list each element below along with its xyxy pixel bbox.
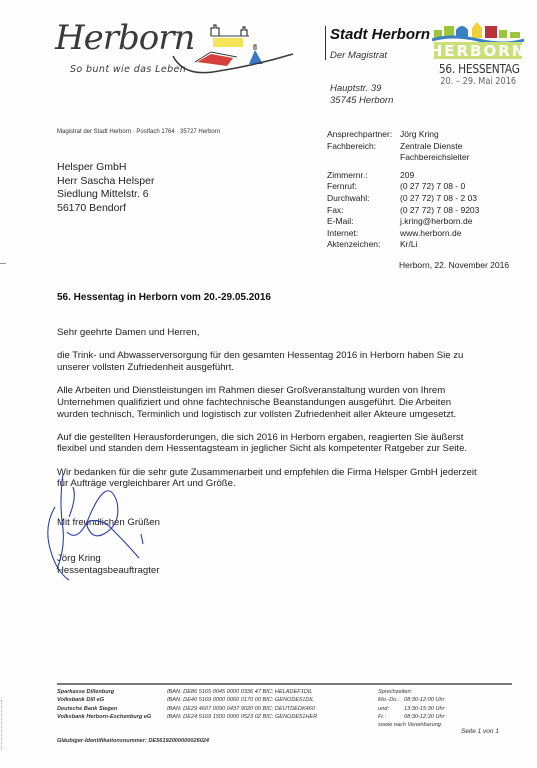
hours-note: sowie nach Vereinbarung <box>378 721 444 729</box>
recipient-company: Helsper GmbH <box>57 161 154 175</box>
contact-row: Fachbereich:Zentrale Dienste <box>327 141 479 153</box>
org-department: Der Magistrat <box>330 50 387 61</box>
signer-block: Jörg Kring Hessentagsbeauftragter <box>57 553 159 577</box>
recipient-city: 56170 Bendorf <box>57 202 154 216</box>
side-print-mark <box>1 700 4 750</box>
fold-mark <box>0 263 6 264</box>
contact-row-website: Internet:www.herborn.de <box>327 228 479 240</box>
hours-row: Mo.-Do.:08:30-12:00 Uhr <box>378 696 444 704</box>
contact-row-email: E-Mail:j.kring@herborn.de <box>327 216 479 228</box>
letter-body: Sehr geehrte Damen und Herren, die Trink… <box>57 327 527 502</box>
bank-row: Volksbank Herborn-Eschenburg eGIBAN: DE2… <box>57 713 317 721</box>
recipient-street: Siedlung Mittelstr. 6 <box>57 188 154 202</box>
org-address: Hauptstr. 39 35745 Herborn <box>330 83 393 107</box>
hessentag-skyline-icon: HERBORN <box>432 20 524 60</box>
hessentag-logo: HERBORN 56. HESSENTAG 20. – 29. Mai 2016 <box>432 20 524 94</box>
sender-return-address: Magistrat der Stadt Herborn · Postfach 1… <box>57 129 220 135</box>
footer-divider <box>57 683 512 685</box>
body-paragraph: Wir bedanken für die sehr gute Zusammena… <box>57 467 527 490</box>
svg-text:HERBORN: HERBORN <box>432 42 524 60</box>
office-hours: Sprechzeiten: Mo.-Do.:08:30-12:00 Uhr un… <box>378 688 444 729</box>
body-paragraph: die Trink- und Abwasserversorgung für de… <box>57 350 527 373</box>
bank-row: Deutsche Bank SiegenIBAN: DE29 4607 0090… <box>57 705 317 713</box>
contact-row: Zimmernr.:209 <box>327 170 479 182</box>
contact-row: Aktenzeichen:Kr/Li <box>327 239 479 251</box>
body-paragraph: Alle Arbeiten und Dienstleistungen im Ra… <box>57 385 527 420</box>
letter-date: Herborn, 22. November 2016 <box>399 260 509 270</box>
herborn-logo: Herborn So bunt wie das Leben <box>55 18 295 80</box>
logo-wordmark: Herborn <box>55 18 194 58</box>
signer-name: Jörg Kring <box>57 553 159 565</box>
org-name: Stadt Herborn <box>330 26 430 43</box>
salutation: Sehr geehrte Damen und Herren, <box>57 327 527 339</box>
contact-row: Ansprechpartner:Jörg Kring <box>327 129 479 141</box>
body-paragraph: Auf die gestellten Herausforderungen, di… <box>57 432 527 455</box>
logo-tagline: So bunt wie das Leben <box>70 64 186 75</box>
hours-row: und:13:30-15:30 Uhr <box>378 705 444 713</box>
page-number: Seite 1 von 1 <box>461 728 499 735</box>
bank-details: Sparkasse DillenburgIBAN: DE86 5165 0045… <box>57 688 317 721</box>
letter-subject: 56. Hessentag in Herborn vom 20.-29.05.2… <box>57 292 271 303</box>
bank-row: Sparkasse DillenburgIBAN: DE86 5165 0045… <box>57 688 317 696</box>
org-divider <box>325 26 326 60</box>
creditor-id: Gläubiger-Identifikationsnummer: DE56192… <box>57 738 209 744</box>
closing: Mit freundlichen Grüßen <box>57 517 160 528</box>
contact-row: Fernruf:(0 27 72) 7 08 - 0 <box>327 181 479 193</box>
hessentag-title: 56. HESSENTAG <box>439 61 517 76</box>
signer-title: Hessentagsbeauftragter <box>57 565 159 577</box>
contact-row: Durchwahl:(0 27 72) 7 08 - 2 03 <box>327 193 479 205</box>
bank-row: Volksbank Dill eGIBAN: DE40 5169 0000 00… <box>57 696 317 704</box>
hessentag-dates: 20. – 29. Mai 2016 <box>440 76 515 87</box>
contact-info: Ansprechpartner:Jörg Kring Fachbereich:Z… <box>327 129 479 251</box>
recipient-person: Herr Sascha Helsper <box>57 175 154 189</box>
hours-title: Sprechzeiten: <box>378 688 444 696</box>
hours-row: Fr.:08:30-12:30 Uhr <box>378 713 444 721</box>
contact-row: Fachbereichsleiter <box>327 152 479 164</box>
recipient-address: Helsper GmbH Herr Sascha Helsper Siedlun… <box>57 161 154 215</box>
contact-row: Fax:(0 27 72) 7 08 - 9203 <box>327 205 479 217</box>
